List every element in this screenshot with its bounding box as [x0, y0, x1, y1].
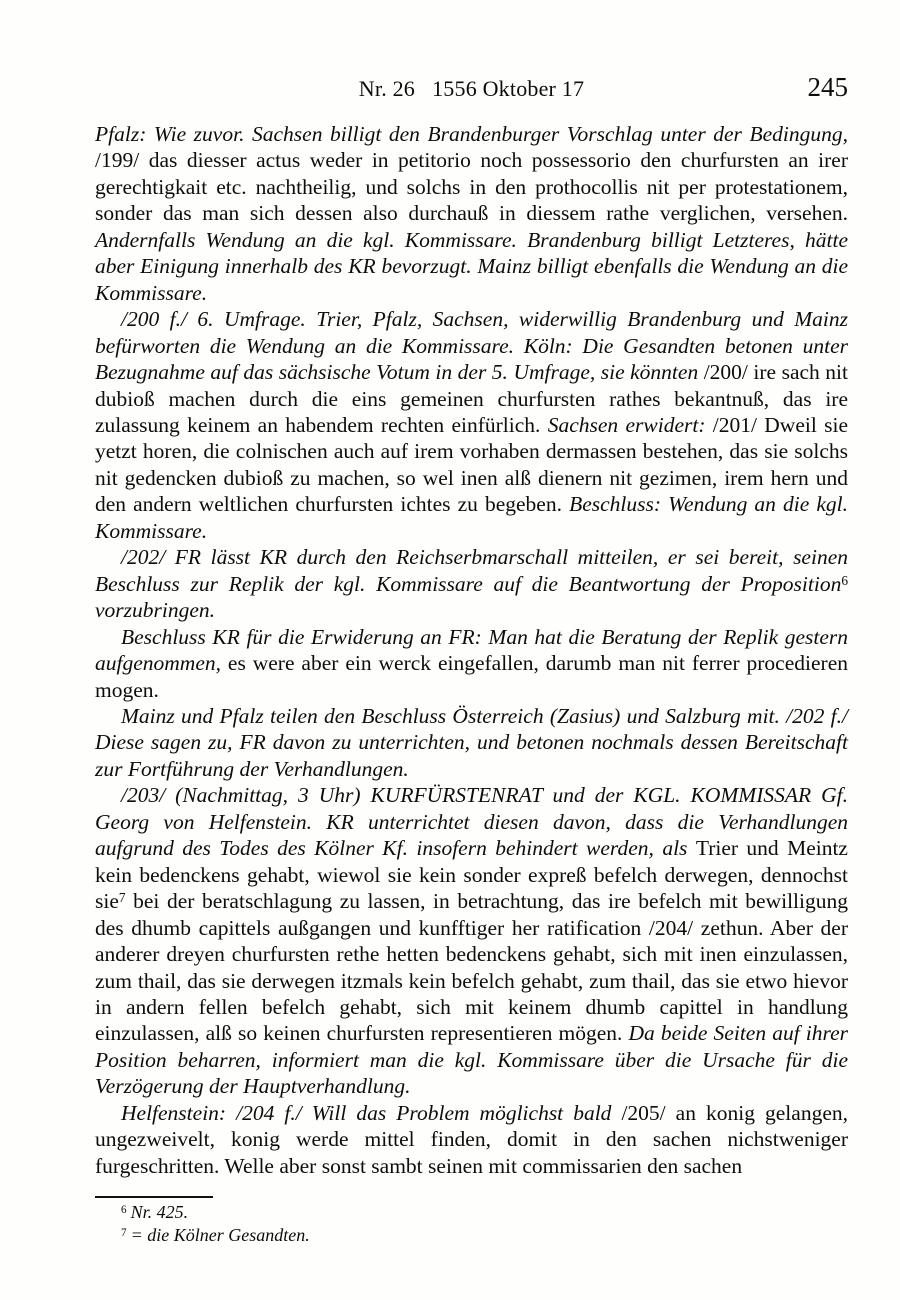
running-header: Nr. 26 1556 Oktober 17 245	[95, 76, 848, 106]
text-segment: Pfalz: Wie zuvor. Sachsen billigt den Br…	[95, 122, 848, 146]
footnote-text: Nr. 425.	[131, 1202, 189, 1222]
book-page: Nr. 26 1556 Oktober 17 245 Pfalz: Wie zu…	[0, 0, 900, 1300]
footnote: 6Nr. 425.	[95, 1201, 848, 1224]
text-segment: Sachsen erwidert:	[548, 413, 713, 437]
footnote-marker: 6	[841, 573, 848, 588]
text-segment: /202/ FR lässt KR durch den Reichserbmar…	[95, 545, 848, 595]
page-body: Pfalz: Wie zuvor. Sachsen billigt den Br…	[95, 121, 848, 1179]
header-title: Nr. 26 1556 Oktober 17	[95, 76, 848, 102]
paragraph: /203/ (Nachmittag, 3 Uhr) KURFÜRSTENRAT …	[95, 782, 848, 1099]
paragraph: Beschluss KR für die Erwiderung an FR: M…	[95, 624, 848, 703]
footnote-marker: 7	[119, 890, 126, 905]
paragraph: /202/ FR lässt KR durch den Reichserbmar…	[95, 544, 848, 623]
footnotes: 6Nr. 425.7= die Kölner Gesandten.	[95, 1201, 848, 1247]
text-segment: Andernfalls Wendung an die kgl. Kommissa…	[95, 228, 848, 305]
footnote-number: 6	[121, 1204, 127, 1216]
footnote: 7= die Kölner Gesandten.	[95, 1224, 848, 1247]
text-segment: vorzubringen.	[95, 598, 215, 622]
text-segment: Mainz und Pfalz teilen den Beschluss Öst…	[95, 704, 848, 781]
paragraph: Mainz und Pfalz teilen den Beschluss Öst…	[95, 703, 848, 782]
paragraph: Helfenstein: /204 f./ Will das Problem m…	[95, 1100, 848, 1179]
text-segment: Helfenstein: /204 f./ Will das Problem m…	[121, 1101, 621, 1125]
text-segment: /199/ das diesser actus weder in petitor…	[95, 148, 848, 225]
page-number: 245	[808, 72, 849, 103]
footnote-number: 7	[121, 1227, 127, 1239]
paragraph: Pfalz: Wie zuvor. Sachsen billigt den Br…	[95, 121, 848, 306]
footnote-separator	[95, 1196, 213, 1198]
paragraph: /200 f./ 6. Umfrage. Trier, Pfalz, Sachs…	[95, 306, 848, 544]
footnote-text: = die Kölner Gesandten.	[131, 1225, 310, 1245]
